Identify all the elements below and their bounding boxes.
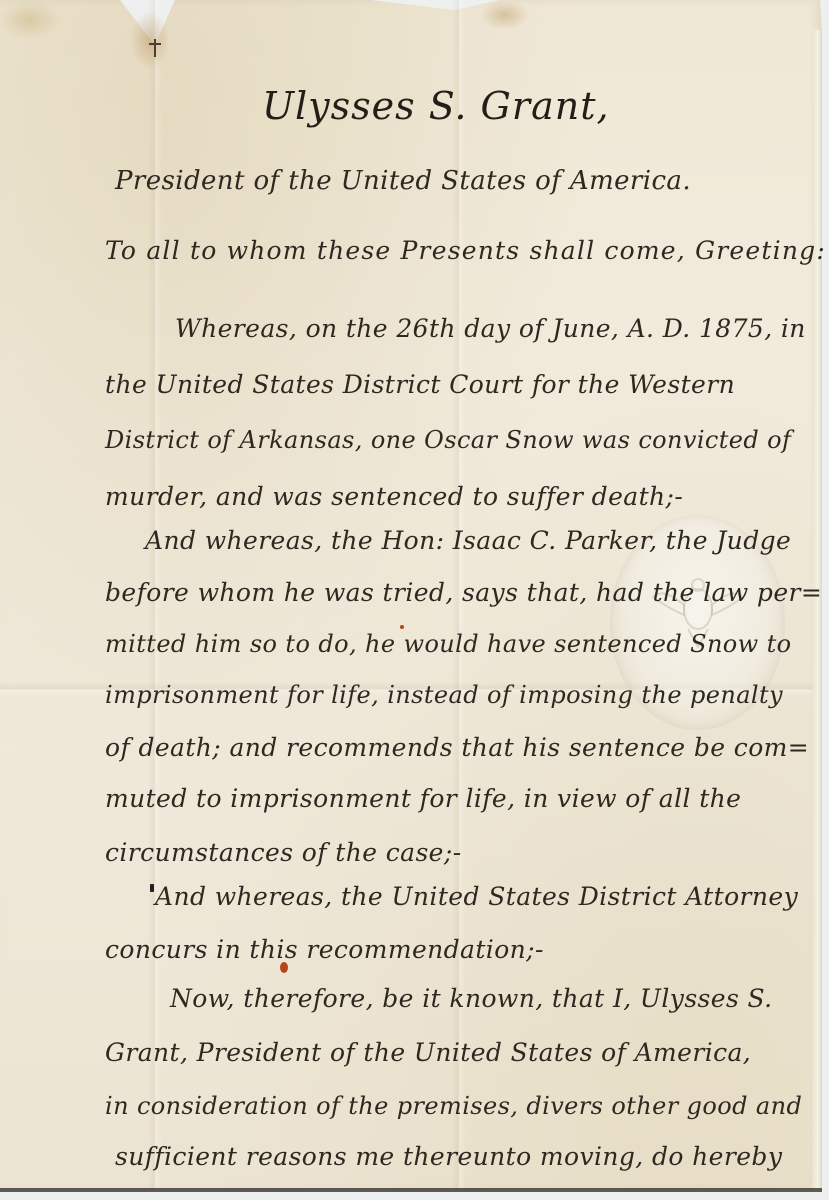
salutation: To all to whom these Presents shall come… — [105, 238, 826, 263]
text-line: mitted him so to do, he would have sente… — [105, 632, 792, 656]
text-line: imprisonment for life, instead of imposi… — [105, 683, 783, 707]
text-line: muted to imprisonment for life, in view … — [105, 786, 741, 811]
text-line: circumstances of the case;- — [105, 840, 462, 865]
text-line: murder, and was sentenced to suffer deat… — [105, 484, 683, 509]
document-scan: Ulysses S. Grant, President of the Unite… — [0, 0, 829, 1200]
text-line: of death; and recommends that his senten… — [105, 735, 809, 760]
text-line: Now, therefore, be it known, that I, Uly… — [170, 986, 773, 1011]
text-line: sufficient reasons me thereunto moving, … — [115, 1144, 782, 1169]
text-line: And whereas, the Hon: Isaac C. Parker, t… — [145, 528, 791, 553]
text-line: the United States District Court for the… — [105, 372, 735, 397]
text-line: District of Arkansas, one Oscar Snow was… — [105, 428, 791, 452]
document-subheading: President of the United States of Americ… — [115, 168, 691, 194]
text-line: And whereas, the United States District … — [155, 884, 798, 909]
handwritten-text: Ulysses S. Grant, President of the Unite… — [0, 0, 822, 1190]
text-line: concurs in this recommendation;- — [105, 937, 544, 962]
document-heading: Ulysses S. Grant, — [262, 84, 610, 128]
text-line: Grant, President of the United States of… — [105, 1040, 751, 1065]
text-line: before whom he was tried, says that, had… — [105, 580, 822, 605]
text-line: in consideration of the premises, divers… — [105, 1094, 802, 1118]
text-line: Whereas, on the 26th day of June, A. D. … — [175, 316, 806, 341]
